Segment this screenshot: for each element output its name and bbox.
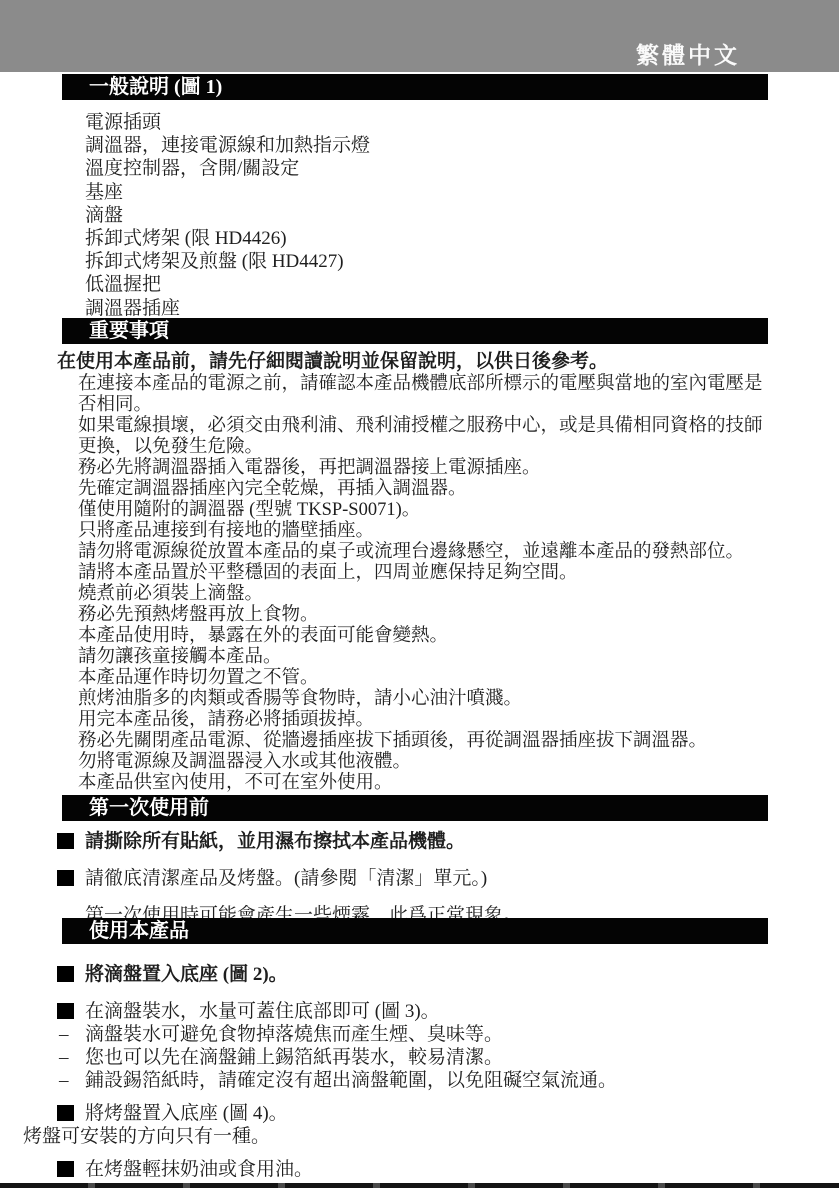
section-header-general-description: 一般說明 (圖 1) (62, 74, 768, 100)
step-text: 請徹底清潔產品及烤盤。(請參閱「清潔」單元。) (85, 868, 487, 889)
important-item: 燒煮前必須裝上滴盤。 (78, 584, 778, 605)
important-item: 煎烤油脂多的肉類或香腸等食物時，請小心油汁噴濺。 (78, 689, 778, 710)
parts-list-item: 基座 (85, 181, 370, 204)
page-bottom-scan-line (0, 1183, 839, 1188)
step-row: 請徹底清潔產品及烤盤。(請參閱「清潔」單元。) (57, 867, 797, 890)
step-square-marker (57, 833, 74, 849)
language-label: 繁體中文 (636, 37, 740, 70)
step-text: 在滴盤裝水，水量可蓋住底部即可 (圖 3)。 (85, 1001, 440, 1022)
important-item: 用完本產品後，請務必將插頭拔掉。 (78, 710, 778, 731)
manual-page: 繁體中文 一般說明 (圖 1) 電源插頭 調溫器，連接電源線和加熱指示燈 溫度控… (0, 0, 839, 1191)
parts-list: 電源插頭 調溫器，連接電源線和加熱指示燈 溫度控制器，含開/關設定 基座 滴盤 … (85, 111, 370, 320)
sub-step-row: – 您也可以先在滴盤鋪上錫箔紙再裝水，較易清潔。 (57, 1046, 812, 1069)
step-text: 請撕除所有貼紙，並用濕布擦拭本產品機體。 (85, 831, 465, 852)
step-row: 在烤盤輕抹奶油或食用油。 (57, 1158, 812, 1181)
parts-list-item: 調溫器，連接電源線和加熱指示燈 (85, 134, 370, 157)
parts-list-item: 滴盤 (85, 204, 370, 227)
using-product-steps: 將滴盤置入底座 (圖 2)。 在滴盤裝水，水量可蓋住底部即可 (圖 3)。 – … (57, 963, 812, 1181)
step-row: 在滴盤裝水，水量可蓋住底部即可 (圖 3)。 (57, 1000, 812, 1023)
important-intro-text: 在使用本產品前，請先仔細閱讀說明並保留說明，以供日後參考。 (57, 346, 608, 373)
parts-list-item: 溫度控制器，含開/關設定 (85, 157, 370, 180)
step-square-marker (57, 870, 74, 886)
important-item: 務必先關閉產品電源、從牆邊插座拔下插頭後，再從調溫器插座拔下調溫器。 (78, 731, 778, 752)
step-row: 將滴盤置入底座 (圖 2)。 (57, 963, 812, 986)
sub-step-row: – 鋪設錫箔紙時，請確定沒有超出滴盤範圍，以免阻礙空氣流通。 (57, 1069, 812, 1092)
parts-list-item: 拆卸式烤架 (限 HD4426) (85, 227, 370, 250)
important-item: 在連接本產品的電源之前，請確認本產品機體底部所標示的電壓與當地的室內電壓是否相同… (78, 374, 778, 416)
step-square-marker (57, 966, 74, 982)
parts-list-item: 拆卸式烤架及煎盤 (限 HD4427) (85, 250, 370, 273)
important-item: 只將產品連接到有接地的牆壁插座。 (78, 521, 778, 542)
dash-marker: – (59, 1069, 69, 1092)
important-item: 務必先將調溫器插入電器後，再把調溫器接上電源插座。 (78, 458, 778, 479)
step-text: 滴盤裝水可避免食物掉落燒焦而產生煙、臭味等。 (85, 1024, 503, 1045)
parts-list-item: 低溫握把 (85, 273, 370, 296)
important-item: 如果電線損壞，必須交由飛利浦、飛利浦授權之服務中心，或是具備相同資格的技師更換，… (78, 416, 778, 458)
before-first-use-steps: 請撕除所有貼紙，並用濕布擦拭本產品機體。 請徹底清潔產品及烤盤。(請參閱「清潔」… (57, 830, 797, 927)
sub-step-row: – 滴盤裝水可避免食物掉落燒焦而產生煙、臭味等。 (57, 1023, 812, 1046)
important-item: 請將本產品置於平整穩固的表面上，四周並應保持足夠空間。 (78, 563, 778, 584)
section-header-important: 重要事項 (62, 318, 768, 344)
step-square-marker (57, 1161, 74, 1177)
important-item: 務必先預熱烤盤再放上食物。 (78, 605, 778, 626)
step-text: 將滴盤置入底座 (圖 2)。 (85, 964, 288, 985)
step-note-row: 烤盤可安裝的方向只有一種。 (23, 1125, 812, 1148)
important-item: 本產品供室內使用，不可在室外使用。 (78, 773, 778, 794)
important-item: 僅使用隨附的調溫器 (型號 TKSP-S0071)。 (78, 500, 778, 521)
important-item: 勿將電源線及調溫器浸入水或其他液體。 (78, 752, 778, 773)
dash-marker: – (59, 1023, 69, 1046)
section-header-before-first-use: 第一次使用前 (62, 795, 768, 821)
step-row: 請撕除所有貼紙，並用濕布擦拭本產品機體。 (57, 830, 797, 853)
step-row: 將烤盤置入底座 (圖 4)。 (57, 1102, 812, 1125)
step-text: 將烤盤置入底座 (圖 4)。 (85, 1103, 288, 1124)
step-text: 您也可以先在滴盤鋪上錫箔紙再裝水，較易清潔。 (85, 1047, 503, 1068)
step-text: 烤盤可安裝的方向只有一種。 (23, 1126, 270, 1147)
top-gray-banner: 繁體中文 (0, 0, 839, 72)
important-item: 先確定調溫器插座內完全乾燥，再插入調溫器。 (78, 479, 778, 500)
important-item: 本產品運作時切勿置之不管。 (78, 668, 778, 689)
important-item: 請勿讓孩童接觸本產品。 (78, 647, 778, 668)
dash-marker: – (59, 1046, 69, 1069)
section-header-using-product: 使用本產品 (62, 918, 768, 944)
parts-list-item: 電源插頭 (85, 111, 370, 134)
important-items-list: 在連接本產品的電源之前，請確認本產品機體底部所標示的電壓與當地的室內電壓是否相同… (78, 374, 778, 794)
step-text: 在烤盤輕抹奶油或食用油。 (85, 1159, 313, 1180)
parts-list-item: 調溫器插座 (85, 297, 370, 320)
step-text: 鋪設錫箔紙時，請確定沒有超出滴盤範圍，以免阻礙空氣流通。 (85, 1070, 617, 1091)
step-square-marker (57, 1003, 74, 1019)
step-square-marker (57, 1105, 74, 1121)
important-item: 請勿將電源線從放置本產品的桌子或流理台邊緣懸空，並遠離本產品的發熱部位。 (78, 542, 778, 563)
important-item: 本產品使用時，暴露在外的表面可能會變熱。 (78, 626, 778, 647)
